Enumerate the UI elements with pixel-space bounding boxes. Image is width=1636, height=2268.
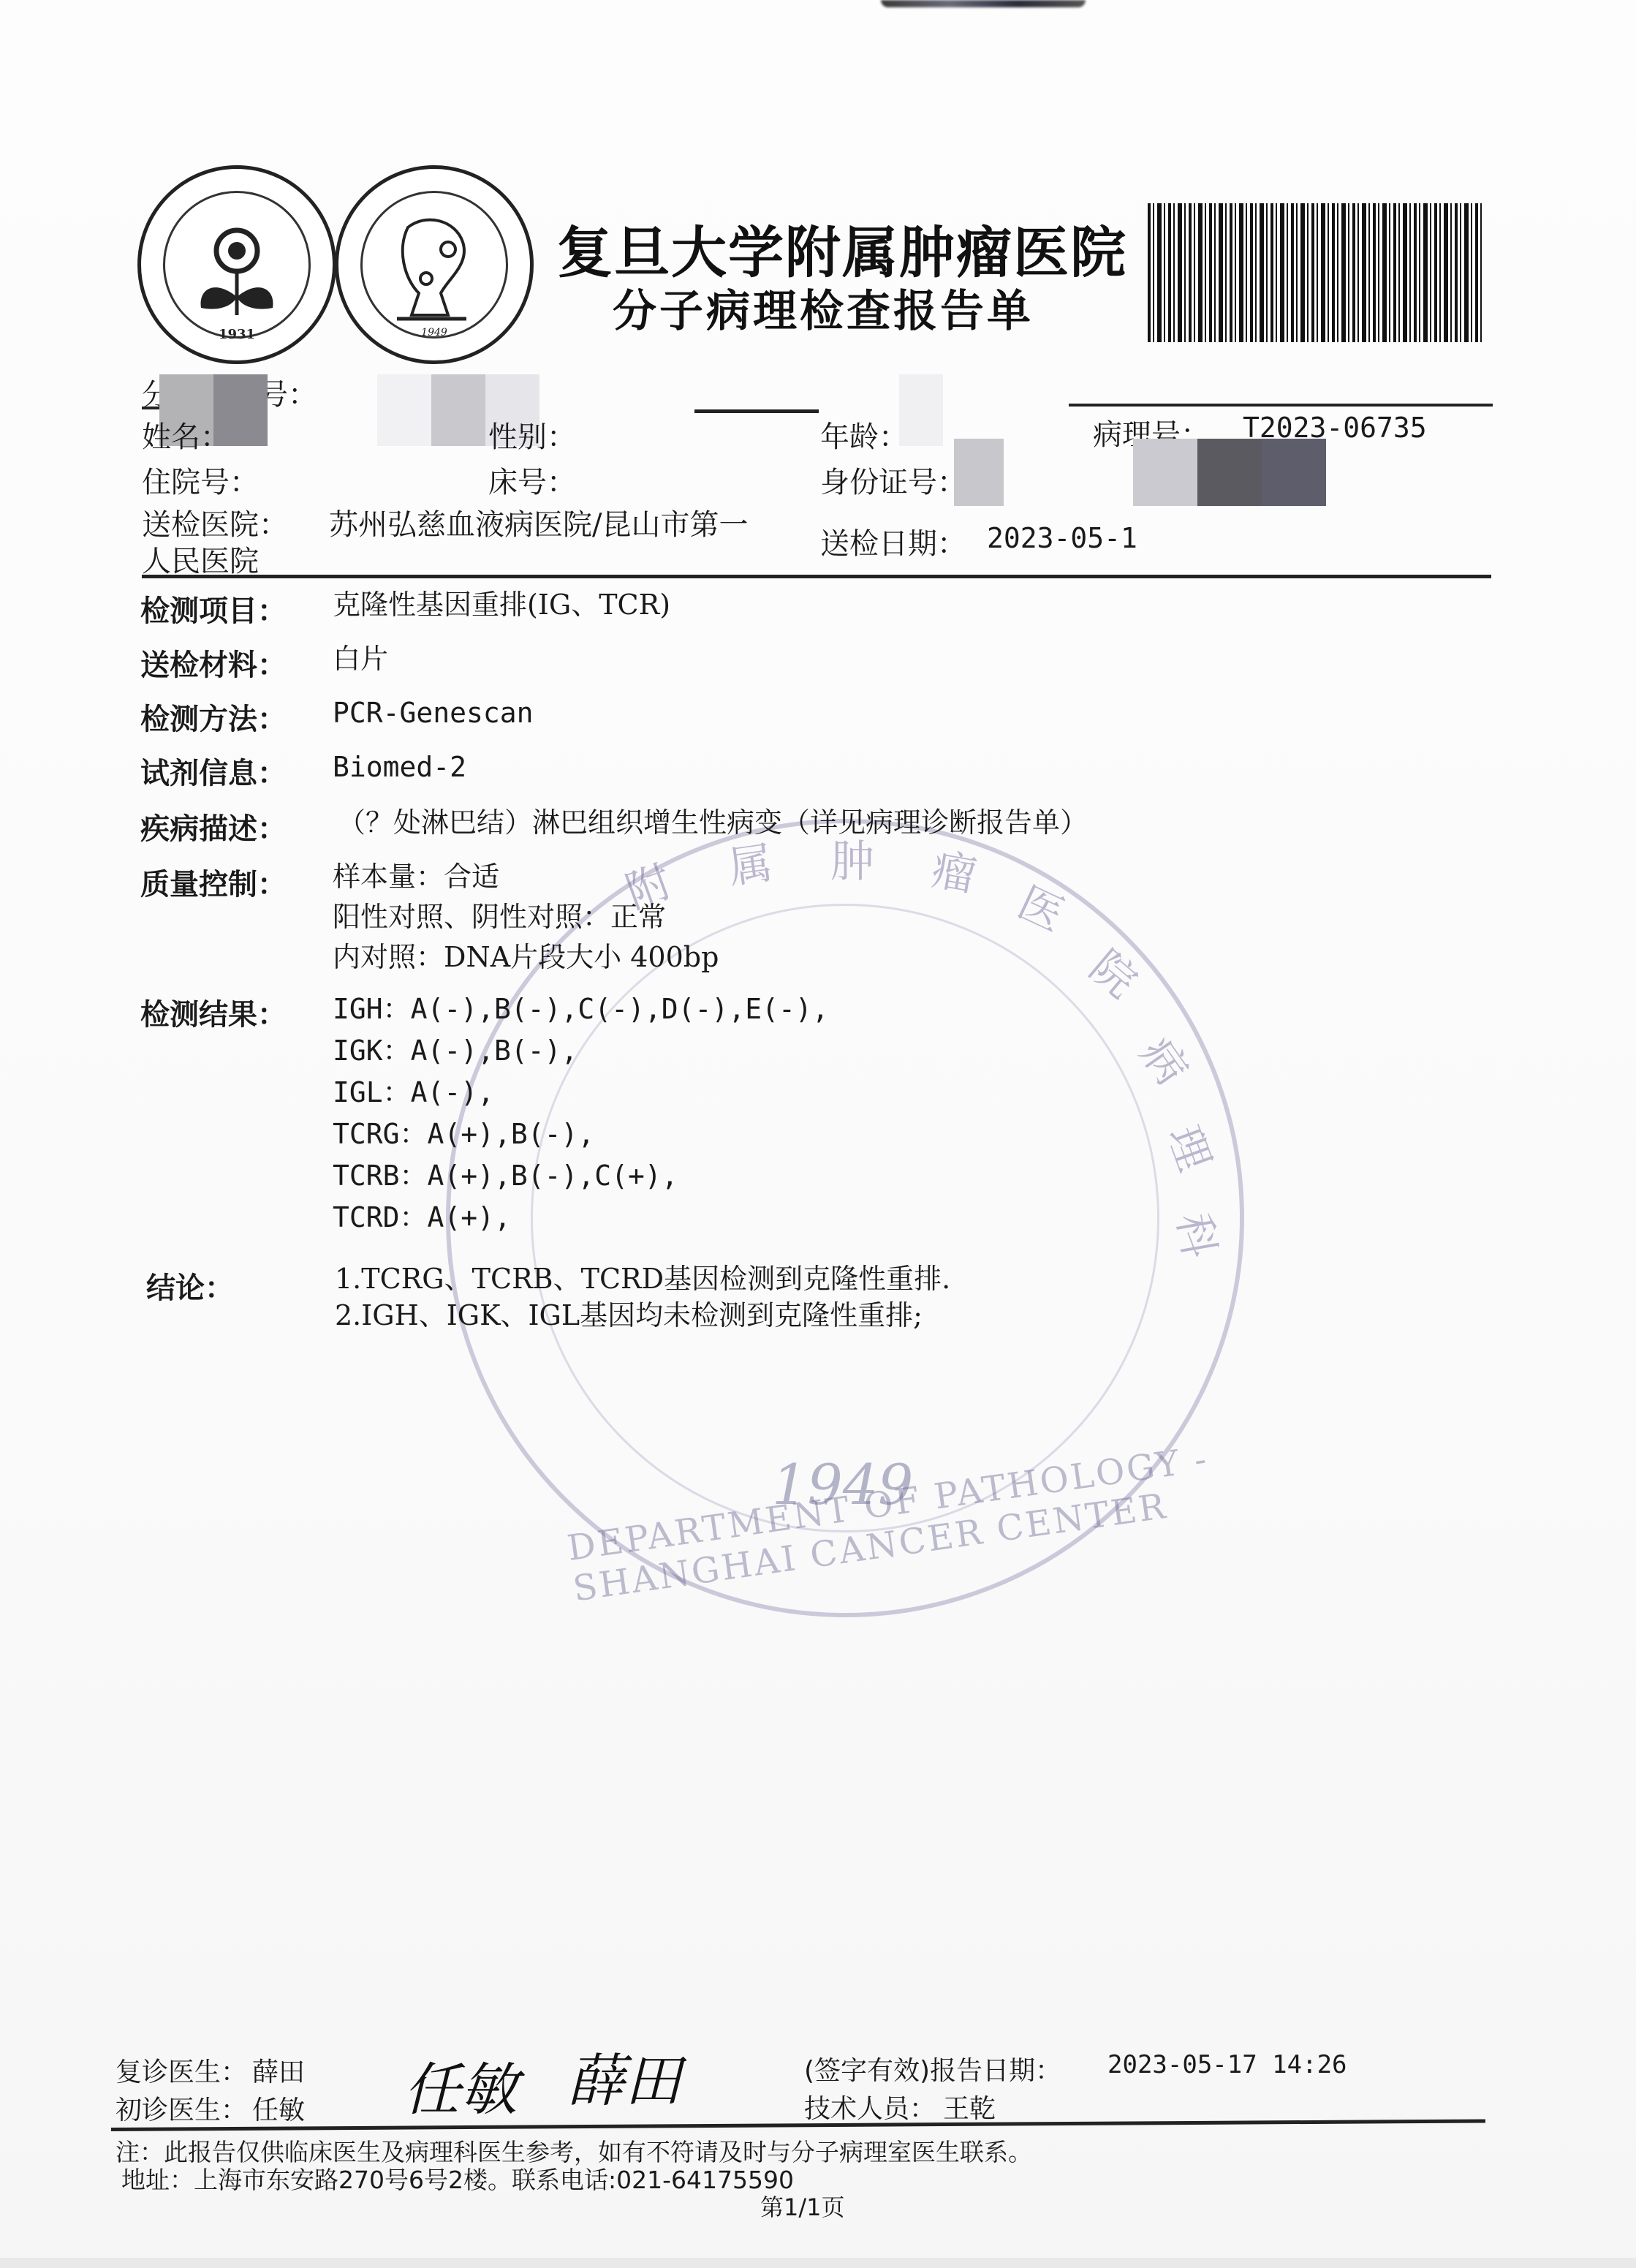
page-number: 第1/1页 <box>760 2189 845 2223</box>
initial-doctor-label: 初诊医生： <box>115 2090 247 2127</box>
method-label: 检测方法： <box>140 696 287 738</box>
signature-initial-doctor: 任敏 <box>404 2044 518 2126</box>
result-line-igh: IGH：A(-),B(-),C(-),D(-),E(-), <box>333 989 829 1030</box>
sending-date: 2023-05-1 <box>987 522 1137 554</box>
bed-no-label: 床号： <box>488 459 576 501</box>
address: 地址：上海市东安路270号6号2楼。联系电话:021-64175590 <box>121 2161 794 2196</box>
conclusion-label: 结论： <box>146 1265 234 1307</box>
redaction-block <box>1133 439 1197 506</box>
method-value: PCR-Genescan <box>333 693 534 733</box>
test-item-label: 检测项目： <box>140 588 287 630</box>
result-line-igk: IGK：A(-),B(-), <box>333 1030 829 1072</box>
quality-line: 样本量：合适 <box>333 857 719 897</box>
technician-label: 技术人员： <box>804 2088 936 2125</box>
report-date-label: (签字有效)报告日期： <box>804 2050 1061 2087</box>
quality-label: 质量控制： <box>140 861 287 903</box>
pathology-department-logo: 1949 <box>335 165 534 364</box>
sending-hospital: 苏州弘慈血液病医院/昆山市第一 <box>329 502 748 543</box>
sending-date-label: 送检日期： <box>820 521 966 562</box>
technician: 王乾 <box>943 2088 996 2125</box>
redaction-block <box>431 374 485 446</box>
result-line-igl: IGL：A(-), <box>333 1072 829 1114</box>
redaction-block <box>377 374 431 446</box>
result-line-tcrg: TCRG：A(+),B(-), <box>333 1114 829 1155</box>
svg-text:1949: 1949 <box>421 327 447 339</box>
inpatient-no-label: 住院号： <box>142 459 259 501</box>
review-doctor: 薛田 <box>252 2052 305 2089</box>
quality-values: 样本量：合适 阳性对照、阴性对照：正常 内对照：DNA片段大小 400bp <box>333 857 719 978</box>
divider <box>1069 404 1493 407</box>
svg-text:1931: 1931 <box>219 327 255 342</box>
id-no-label: 身份证号： <box>820 459 966 501</box>
disease-label: 疾病描述： <box>140 806 287 847</box>
paper-clip <box>881 0 1086 7</box>
report-date: 2023-05-17 14:26 <box>1107 2050 1347 2079</box>
paper-bottom-edge <box>0 2258 1636 2268</box>
result-line-tcrb: TCRB：A(+),B(-),C(+), <box>333 1155 829 1197</box>
conclusion-line: 1.TCRG、TCRB、TCRD基因检测到克隆性重排. <box>335 1260 950 1297</box>
test-item-value: 克隆性基因重排(IG、TCR) <box>333 585 670 625</box>
results-label: 检测结果： <box>140 991 287 1033</box>
reagent-label: 试剂信息： <box>140 750 287 792</box>
sending-hospital-label: 送检医院： <box>142 502 288 543</box>
reagent-value: Biomed-2 <box>333 747 466 787</box>
barcode <box>1148 203 1482 342</box>
report-title: 分子病理检查报告单 <box>613 276 1034 339</box>
quality-line: 阳性对照、阴性对照：正常 <box>333 897 719 937</box>
disease-value: （？处淋巴结）淋巴组织增生性病变（详见病理诊断报告单） <box>338 803 1088 843</box>
sex-label: 性别： <box>488 414 576 456</box>
redaction-block <box>1197 439 1262 506</box>
divider <box>142 575 1491 578</box>
age-label: 年龄： <box>820 414 908 456</box>
sending-hospital-line2: 人民医院 <box>142 538 259 580</box>
redaction-block <box>1262 439 1326 506</box>
initial-doctor: 任敏 <box>252 2090 305 2127</box>
quality-line: 内对照：DNA片段大小 400bp <box>333 937 719 978</box>
results-values: IGH：A(-),B(-),C(-),D(-),E(-), IGK：A(-),B… <box>333 989 829 1239</box>
conclusion-line: 2.IGH、IGK、IGL基因均未检测到克隆性重排; <box>335 1297 950 1334</box>
review-doctor-label: 复诊医生： <box>115 2052 247 2089</box>
sample-label: 送检材料： <box>140 642 287 684</box>
fudan-cancer-center-logo: 1931 <box>137 165 336 364</box>
sample-value: 白片 <box>333 639 388 679</box>
signature-review-doctor: 薛田 <box>567 2035 681 2117</box>
name-label: 姓名： <box>142 414 230 456</box>
conclusion-values: 1.TCRG、TCRB、TCRD基因检测到克隆性重排. 2.IGH、IGK、IG… <box>335 1260 950 1334</box>
result-line-tcrd: TCRD：A(+), <box>333 1197 829 1239</box>
divider <box>694 409 819 413</box>
